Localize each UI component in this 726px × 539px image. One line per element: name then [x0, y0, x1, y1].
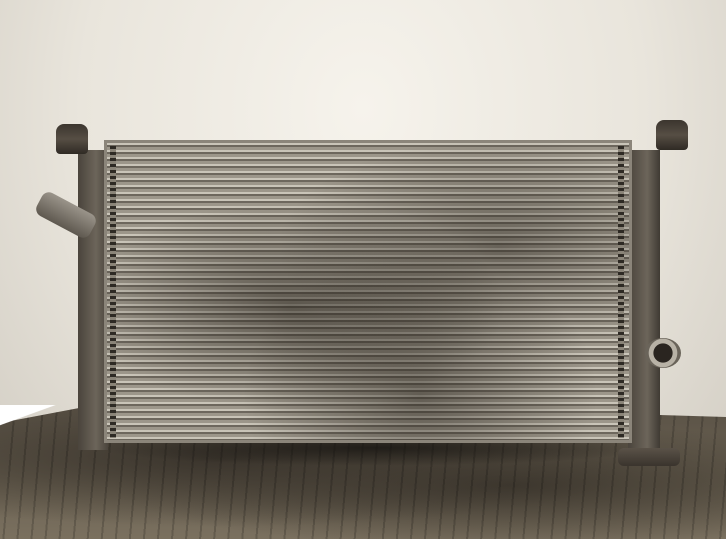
- right-outlet-pipe: [645, 338, 681, 368]
- right-tank: [628, 150, 660, 450]
- radiator-shadow: [95, 440, 655, 466]
- left-core-edge: [110, 146, 116, 438]
- right-rubber-mount: [656, 120, 688, 150]
- left-rubber-mount: [56, 124, 88, 154]
- right-core-edge: [618, 146, 624, 438]
- radiator-core: [104, 140, 632, 443]
- bottom-right-bracket: [618, 448, 680, 466]
